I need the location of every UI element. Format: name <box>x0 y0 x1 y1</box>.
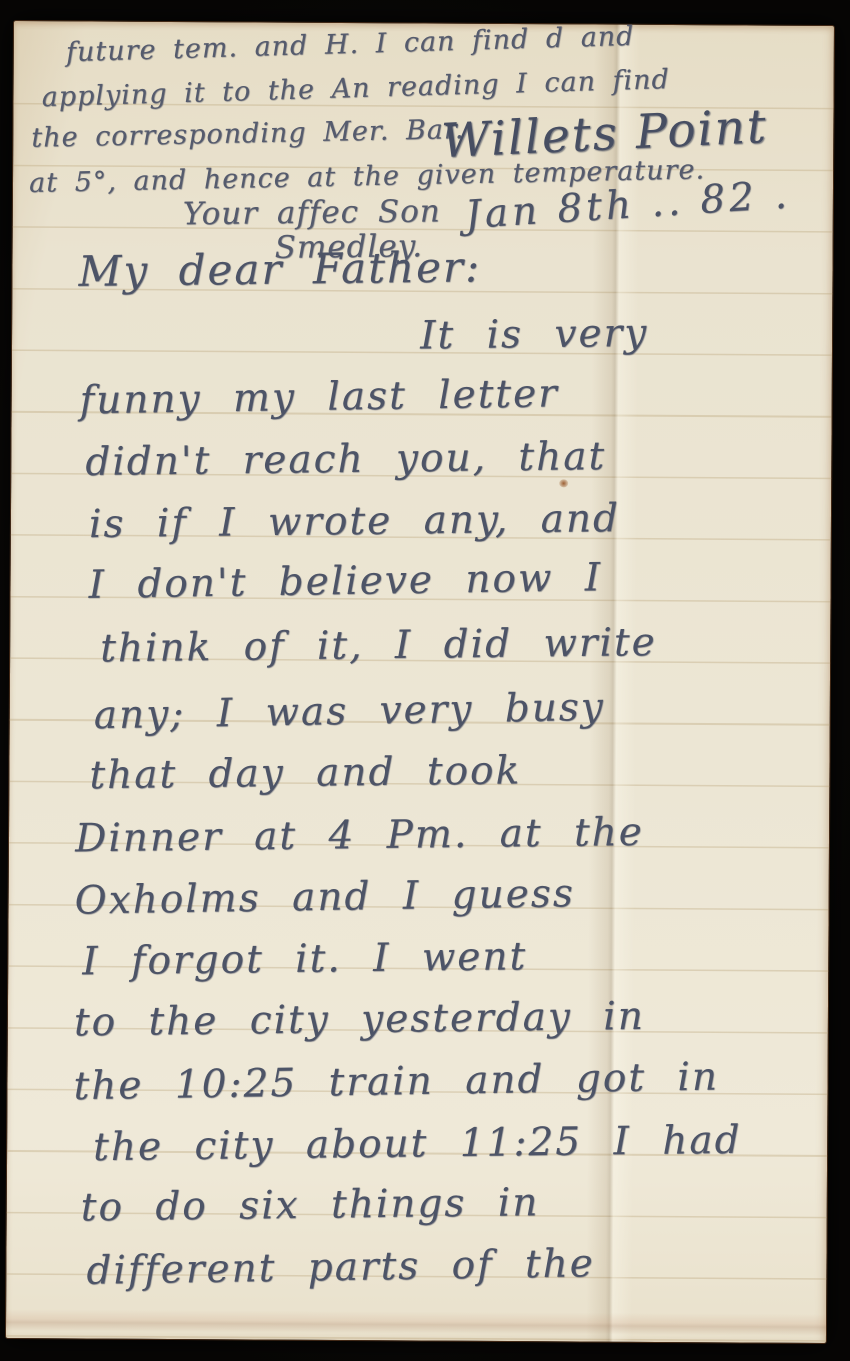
salutation: My dear Father: <box>78 242 481 296</box>
body-line: Dinner at 4 Pm. at the <box>75 810 644 861</box>
body-line: think of it, I did write <box>100 620 657 671</box>
body-line: any; I was very busy <box>93 685 605 738</box>
paper-stain <box>559 479 568 487</box>
body-line: is if I wrote any, and <box>89 496 620 547</box>
body-line: that day and took <box>89 748 521 798</box>
photo-background: future tem. and H. I can find d and appl… <box>0 0 850 1361</box>
body-line: different parts of the <box>86 1241 595 1294</box>
letter-page: future tem. and H. I can find d and appl… <box>6 21 834 1343</box>
body-line: I don't believe now I <box>88 555 602 608</box>
body-line: the 10:25 train and got in <box>73 1055 719 1110</box>
body-line: funny my last letter <box>79 371 559 423</box>
body-line: to do six things in <box>81 1180 540 1230</box>
marginalia-line: the corresponding Mer. Bar. <box>31 114 465 154</box>
marginalia-line: applying it to the An reading I can find <box>41 64 670 113</box>
body-line: It is very <box>420 311 649 359</box>
place-line: Willets Point <box>440 99 769 169</box>
fold-crease-horizontal <box>6 1309 826 1336</box>
body-line: the city about 11:25 I had <box>93 1118 742 1170</box>
marginalia-line: future tem. and H. I can find d and <box>66 21 635 68</box>
body-line: to the city yesterday in <box>74 994 645 1045</box>
body-line: I forgot it. I went <box>82 934 527 984</box>
closing-line: Your affec Son <box>183 193 441 232</box>
body-line: Oxholms and I guess <box>74 871 575 923</box>
body-line: didn't reach you, that <box>85 434 606 485</box>
